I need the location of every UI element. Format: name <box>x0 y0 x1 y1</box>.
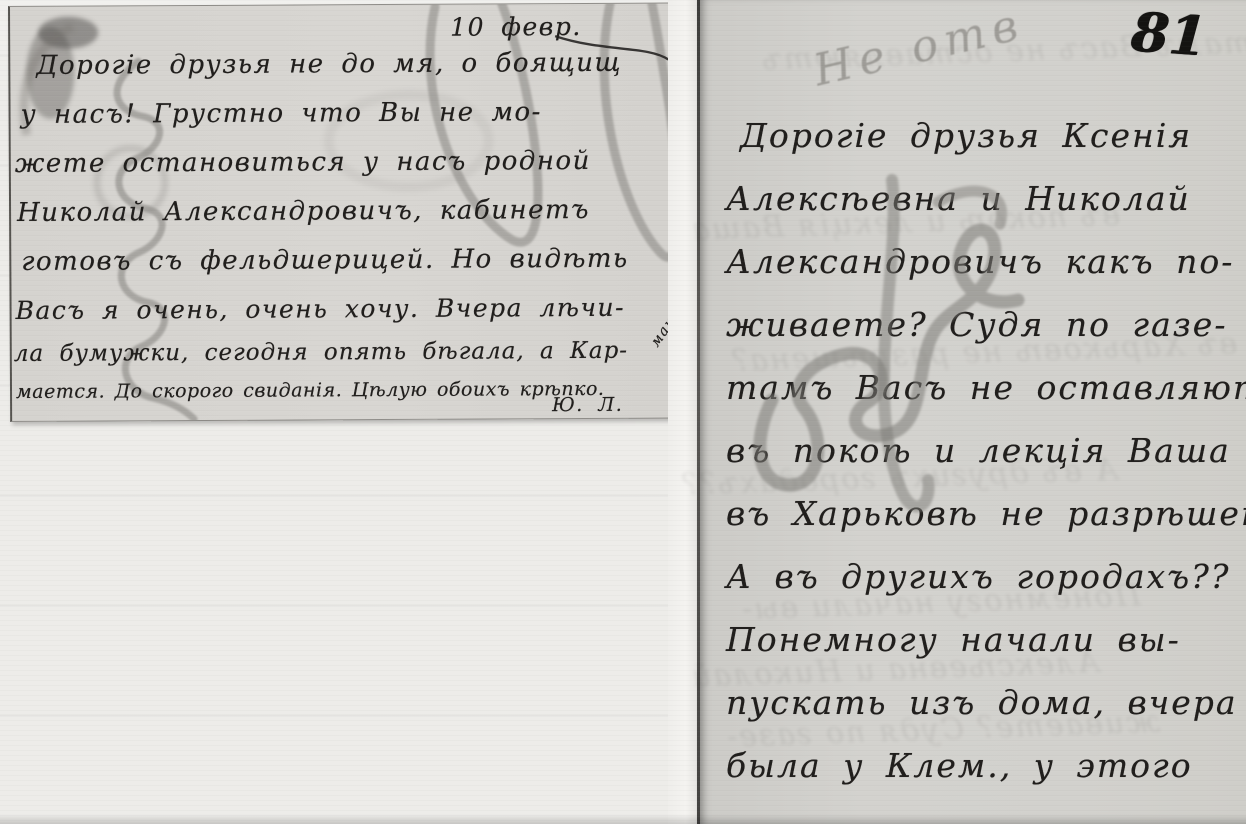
page-gutter <box>668 0 700 824</box>
handwritten-line: у насъ! Грустно что Вы не мо- <box>20 97 541 130</box>
letter-date: 10 февр. <box>450 12 582 42</box>
scanned-letter-spread: 10 февр. Дорогіе друзья не до мя, о боящ… <box>0 0 1246 824</box>
handwritten-line: мается. До скорого свиданія. Цѣлую обоих… <box>16 378 605 403</box>
handwritten-line: пускать изъ дома, вчера <box>726 683 1238 722</box>
pencil-annotation: Не отв <box>809 0 1029 96</box>
signature-initials: Ю. Л. <box>552 394 623 416</box>
handwritten-line: Понемногу начали вы- <box>726 620 1181 659</box>
handwritten-line: жете остановиться у насъ родной <box>15 146 591 179</box>
handwritten-line: Васъ я очень, очень хочу. Вчера лѣчи- <box>16 293 626 325</box>
handwritten-line: Николай Александровичъ, кабинетъ <box>17 195 590 228</box>
page-number: 81 <box>1129 0 1208 69</box>
handwritten-line: ла бумужки, сегодня опять бѣгала, а Кар- <box>14 338 628 367</box>
handwritten-line: готовъ съ фельдшерицей. Но видѣть <box>21 244 628 277</box>
handwritten-line: А въ другихъ городахъ?? <box>726 557 1231 596</box>
pencil-scribble-large <box>742 140 1052 530</box>
pencil-scribble <box>604 4 672 258</box>
handwritten-line: была у Клем., у этого <box>726 746 1193 785</box>
handwritten-line: Дорогіе друзья не до мя, о боящищ <box>36 48 622 81</box>
left-letter-card: 10 февр. Дорогіе друзья не до мя, о боящ… <box>8 3 672 422</box>
right-letter-page: тамъ Васъ не оставляютъ въ покоѣ и лекці… <box>700 0 1246 824</box>
